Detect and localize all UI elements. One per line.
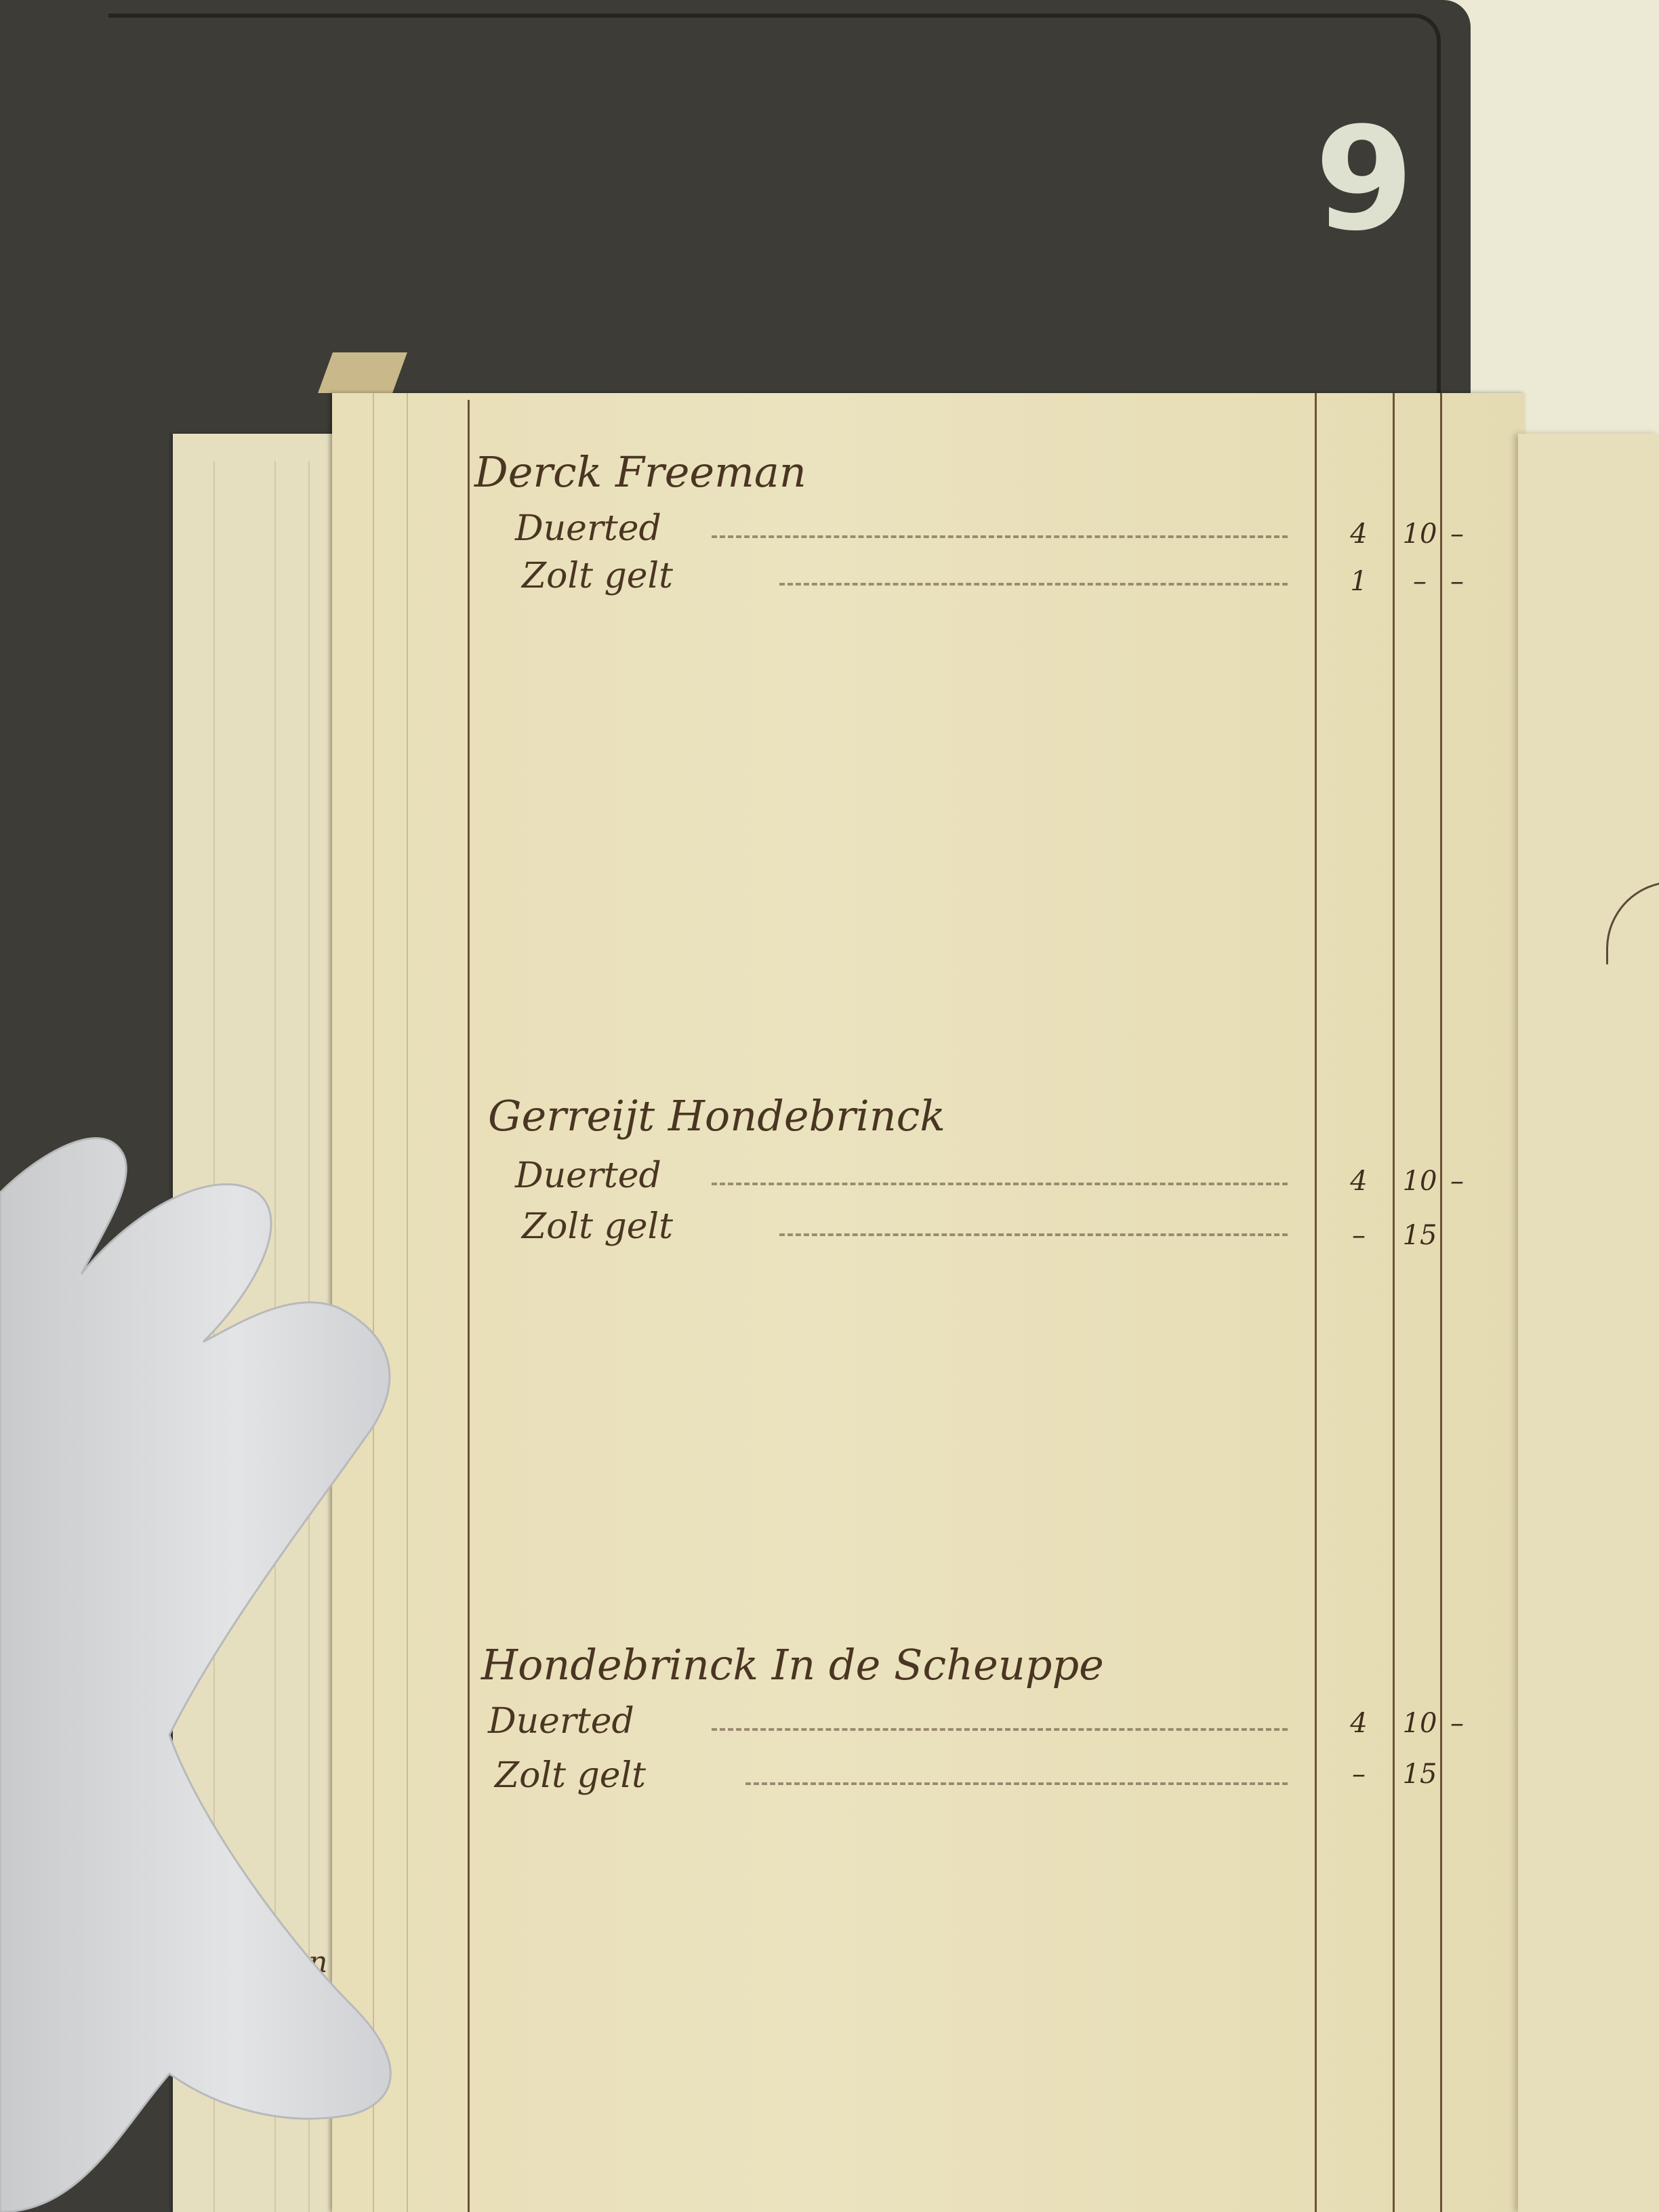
- amount-penningen: –: [1443, 1166, 1471, 1197]
- plate-number: 9: [1315, 108, 1414, 251]
- entry-line-label: Duerted: [515, 1155, 661, 1196]
- entry-name: Hondebrinck In de Scheuppe: [481, 1640, 1104, 1689]
- amount-stuivers: –: [1399, 566, 1440, 597]
- ledger-page: [332, 393, 1525, 2212]
- entry-line-label: Duerted: [488, 1701, 634, 1742]
- amount-column-rule: [1440, 393, 1442, 2212]
- leader-dots: [745, 1782, 1288, 1785]
- amount-stuivers: 10: [1399, 1708, 1440, 1739]
- entry-line-label: Zolt gelt: [495, 1755, 646, 1796]
- entry-line-label: Zolt gelt: [522, 556, 673, 596]
- leader-dots: [779, 583, 1288, 586]
- entry-name: Gerreijt Hondebrinck: [488, 1091, 945, 1141]
- right-page: [1518, 434, 1659, 2212]
- leader-dots: [712, 1728, 1288, 1731]
- amount-guilders: 4: [1338, 1708, 1379, 1739]
- amount-penningen: –: [1443, 566, 1471, 597]
- leader-dots: [779, 1233, 1288, 1236]
- amount-column-rule: [1315, 393, 1317, 2212]
- main-margin-rule: [468, 400, 470, 2212]
- amount-guilders: 4: [1338, 518, 1379, 550]
- entry-name: Derck Freeman: [474, 447, 806, 497]
- amount-penningen: –: [1443, 518, 1471, 550]
- amount-guilders: –: [1338, 1220, 1379, 1251]
- entry-line-label: Duerted: [515, 508, 661, 549]
- entry-line-label: Zolt gelt: [522, 1206, 673, 1247]
- amount-guilders: 1: [1338, 566, 1379, 597]
- amount-column-rule: [1393, 393, 1395, 2212]
- amount-stuivers: 10: [1399, 1166, 1440, 1197]
- amount-stuivers: 15: [1399, 1759, 1440, 1790]
- ruled-line: [407, 393, 408, 2212]
- amount-stuivers: 15: [1399, 1220, 1440, 1251]
- paper-scrap: [318, 352, 407, 393]
- ruled-line: [373, 393, 374, 2212]
- leader-dots: [712, 535, 1288, 538]
- amount-stuivers: 10: [1399, 518, 1440, 550]
- ink-flourish: [1606, 881, 1659, 964]
- margin-note-year: 1714 den: [186, 1945, 328, 1980]
- amount-guilders: 4: [1338, 1166, 1379, 1197]
- leader-dots: [712, 1183, 1288, 1185]
- amount-penningen: –: [1443, 1708, 1471, 1739]
- amount-guilders: –: [1338, 1759, 1379, 1790]
